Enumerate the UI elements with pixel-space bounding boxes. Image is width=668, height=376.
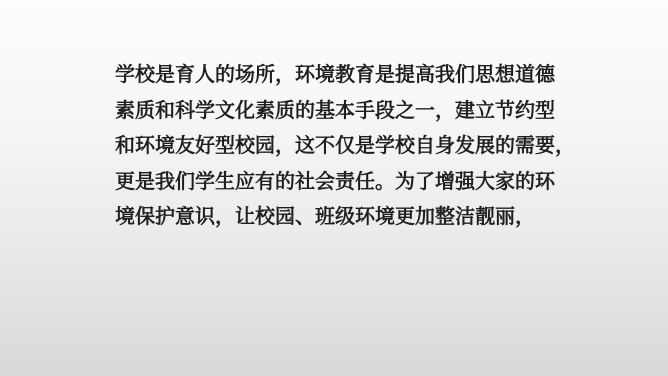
slide-canvas: 学校是育人的场所，环境教育是提高我们思想道德 素质和科学文化素质的基本手段之一，… [0, 0, 668, 376]
paragraph-line: 境保护意识，让校园、班级环境更加整洁靓丽， [115, 200, 585, 236]
paragraph-line: 学校是育人的场所，环境教育是提高我们思想道德 [115, 58, 585, 94]
paragraph-line: 和环境友好型校园，这不仅是学校自身发展的需要， [115, 129, 585, 165]
paragraph-line: 素质和科学文化素质的基本手段之一，建立节约型 [115, 94, 585, 130]
slide-body-text: 学校是育人的场所，环境教育是提高我们思想道德 素质和科学文化素质的基本手段之一，… [115, 58, 585, 236]
paragraph-line: 更是我们学生应有的社会责任。为了增强大家的环 [115, 165, 585, 201]
